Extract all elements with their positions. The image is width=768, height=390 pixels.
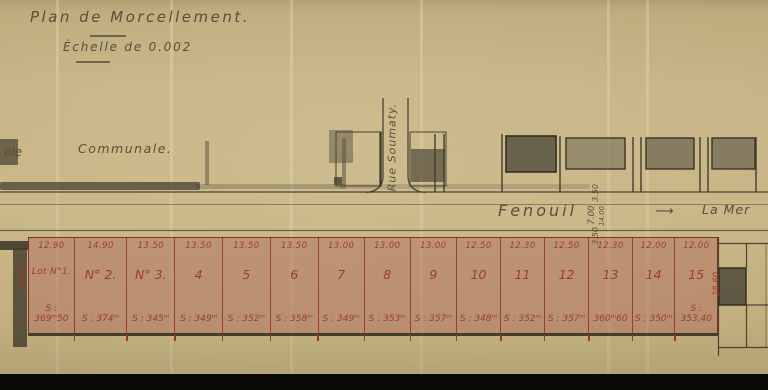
lot-frontage: 12.90 xyxy=(29,241,74,251)
lot-frontage: 13.00 xyxy=(365,241,410,251)
boundary-tick xyxy=(500,334,502,341)
lot-frontage: 12.00 xyxy=(633,241,675,251)
lot-frontage: 13.50 xyxy=(127,241,174,251)
lot-surface: S : 353,40 xyxy=(675,304,717,324)
lot-frontage: 13.00 xyxy=(411,241,456,251)
plan-de-morcellement-scan: Plan de Morcellement. Échelle de 0.002 o… xyxy=(0,0,768,390)
scale-label: Échelle de 0.002 xyxy=(63,40,192,54)
lot-surface: S : 349ᵐ xyxy=(319,314,364,324)
lot-frontage: 13.50 xyxy=(271,241,318,251)
communale-label: Communale. xyxy=(78,141,172,156)
lot-frontage: 14.90 xyxy=(75,241,127,251)
lot-surface: S : 369ᵐ50 xyxy=(29,304,74,324)
lot-number: Lot N°1. xyxy=(29,267,74,277)
boundary-tick xyxy=(544,334,546,341)
scan-edge-band xyxy=(0,374,768,390)
boundary-tick xyxy=(632,334,634,341)
fenouil-street-label: Fenouil xyxy=(498,201,577,220)
lot-parcel: 13.50 N° 3. S : 345ᵐ xyxy=(126,238,174,333)
lot-surface: S : 352ᵐ xyxy=(223,314,270,324)
rue-soumaty-label: Rue Soumaty. xyxy=(386,100,400,195)
lot-surface: 360ᵐ60 xyxy=(589,314,632,324)
lot-frontage: 12.50 xyxy=(457,241,500,251)
page-title: Plan de Morcellement. xyxy=(30,8,250,26)
lot-parcel: 13.00 7 S : 349ᵐ xyxy=(318,238,364,333)
building-block xyxy=(506,136,556,172)
lot-surface: S : 345ᵐ xyxy=(127,314,174,324)
lot-parcel: 12.00 14 S : 350ᵐ xyxy=(632,238,675,333)
lot-parcel: 14.90 N° 2. S : 374ᵐ xyxy=(74,238,127,333)
lot-surface: S : 374ᵐ xyxy=(75,314,127,324)
boundary-tick xyxy=(126,334,128,341)
lot-parcel: 13.50 4 S : 349ᵐ xyxy=(174,238,222,333)
lot-number: 14 xyxy=(633,267,675,282)
boundary-wall xyxy=(0,182,200,190)
lot-number: 9 xyxy=(411,267,456,282)
lot-number: 4 xyxy=(175,267,222,282)
lot-parcel: 13.50 6 S : 358ᵐ xyxy=(270,238,318,333)
lot-surface: S : 358ᵐ xyxy=(271,314,318,324)
boundary-tick xyxy=(456,334,458,341)
lot-frontage: 12.30 xyxy=(589,241,632,251)
lot-parcel: 13.00 9 S : 357ᵐ xyxy=(410,238,456,333)
title-underline xyxy=(90,35,126,37)
lot-parcel: 12.50 12 S : 357ᵐ xyxy=(544,238,588,333)
lot-number: N° 3. xyxy=(127,267,174,282)
boundary-wall-faded xyxy=(196,184,346,189)
boundary-tick xyxy=(174,334,176,341)
scale-underline xyxy=(76,61,110,63)
lot-frontage: 13.00 xyxy=(319,241,364,251)
boundary-tick xyxy=(74,334,76,341)
lot-surface: S : 350ᵐ xyxy=(633,314,675,324)
lot-number: N° 2. xyxy=(75,267,127,282)
lot-surface: S : 357ᵐ xyxy=(411,314,456,324)
parcels-east-of-lots xyxy=(718,237,768,356)
building-block xyxy=(566,138,625,169)
lot-frontage: 13.50 xyxy=(223,241,270,251)
lot-parcel: 12.00 15 S : 353,40 xyxy=(674,238,717,333)
lots-row: 12.90 Lot N°1. S : 369ᵐ50 14.90 N° 2. S … xyxy=(28,237,718,336)
lot-number: 6 xyxy=(271,267,318,282)
lot-parcel: 12.30 11 S : 352ᵐ xyxy=(500,238,544,333)
lot15-depth-label: 28.60 xyxy=(712,264,724,304)
lot-frontage: 12.30 xyxy=(501,241,544,251)
ecole-label-partial: ole xyxy=(4,145,22,159)
boundary-tick xyxy=(588,334,590,341)
buildings-north-fenouil xyxy=(506,136,755,172)
lot-surface: S : 352ᵐ xyxy=(501,314,544,324)
lot-parcel: 12.90 Lot N°1. S : 369ᵐ50 xyxy=(29,238,74,333)
boundary-tick xyxy=(270,334,272,341)
building-block xyxy=(712,138,755,169)
lot-parcel: 13.00 8 S : 353ᵐ xyxy=(364,238,410,333)
lot1-depth-label: 24.60 xyxy=(18,258,30,298)
wall-riser xyxy=(205,141,209,185)
lot-number: 10 xyxy=(457,267,500,282)
lot-frontage: 12.50 xyxy=(545,241,588,251)
lot-surface: S : 357ᵐ xyxy=(545,314,588,324)
lot-surface: S : 348ᵐ xyxy=(457,314,500,324)
la-mer-label: La Mer xyxy=(702,202,750,217)
boundary-tick xyxy=(317,334,319,341)
lot-parcel: 13.50 5 S : 352ᵐ xyxy=(222,238,270,333)
boundary-tick xyxy=(674,334,676,341)
lot-number: 12 xyxy=(545,267,588,282)
boundary-tick xyxy=(222,334,224,341)
lot-frontage: 12.00 xyxy=(675,241,717,251)
building-block xyxy=(646,138,694,169)
building-block xyxy=(334,177,342,185)
building-block xyxy=(411,149,445,182)
boundary-tick xyxy=(410,334,412,341)
lot-number: 11 xyxy=(501,267,544,282)
lot-surface: S : 353ᵐ xyxy=(365,314,410,324)
lot-number: 15 xyxy=(675,267,717,282)
building-block xyxy=(329,130,353,163)
lot-number: 7 xyxy=(319,267,364,282)
boundary-tick xyxy=(364,334,366,341)
lot-number: 8 xyxy=(365,267,410,282)
lot-surface: S : 349ᵐ xyxy=(175,314,222,324)
lot-number: 5 xyxy=(223,267,270,282)
lot-number: 13 xyxy=(589,267,632,282)
arrow-right-icon: ⟶ xyxy=(655,204,674,219)
lot-parcel: 12.30 13 360ᵐ60 xyxy=(588,238,632,333)
lot-frontage: 13.50 xyxy=(175,241,222,251)
lot-parcel: 12.50 10 S : 348ᵐ xyxy=(456,238,500,333)
